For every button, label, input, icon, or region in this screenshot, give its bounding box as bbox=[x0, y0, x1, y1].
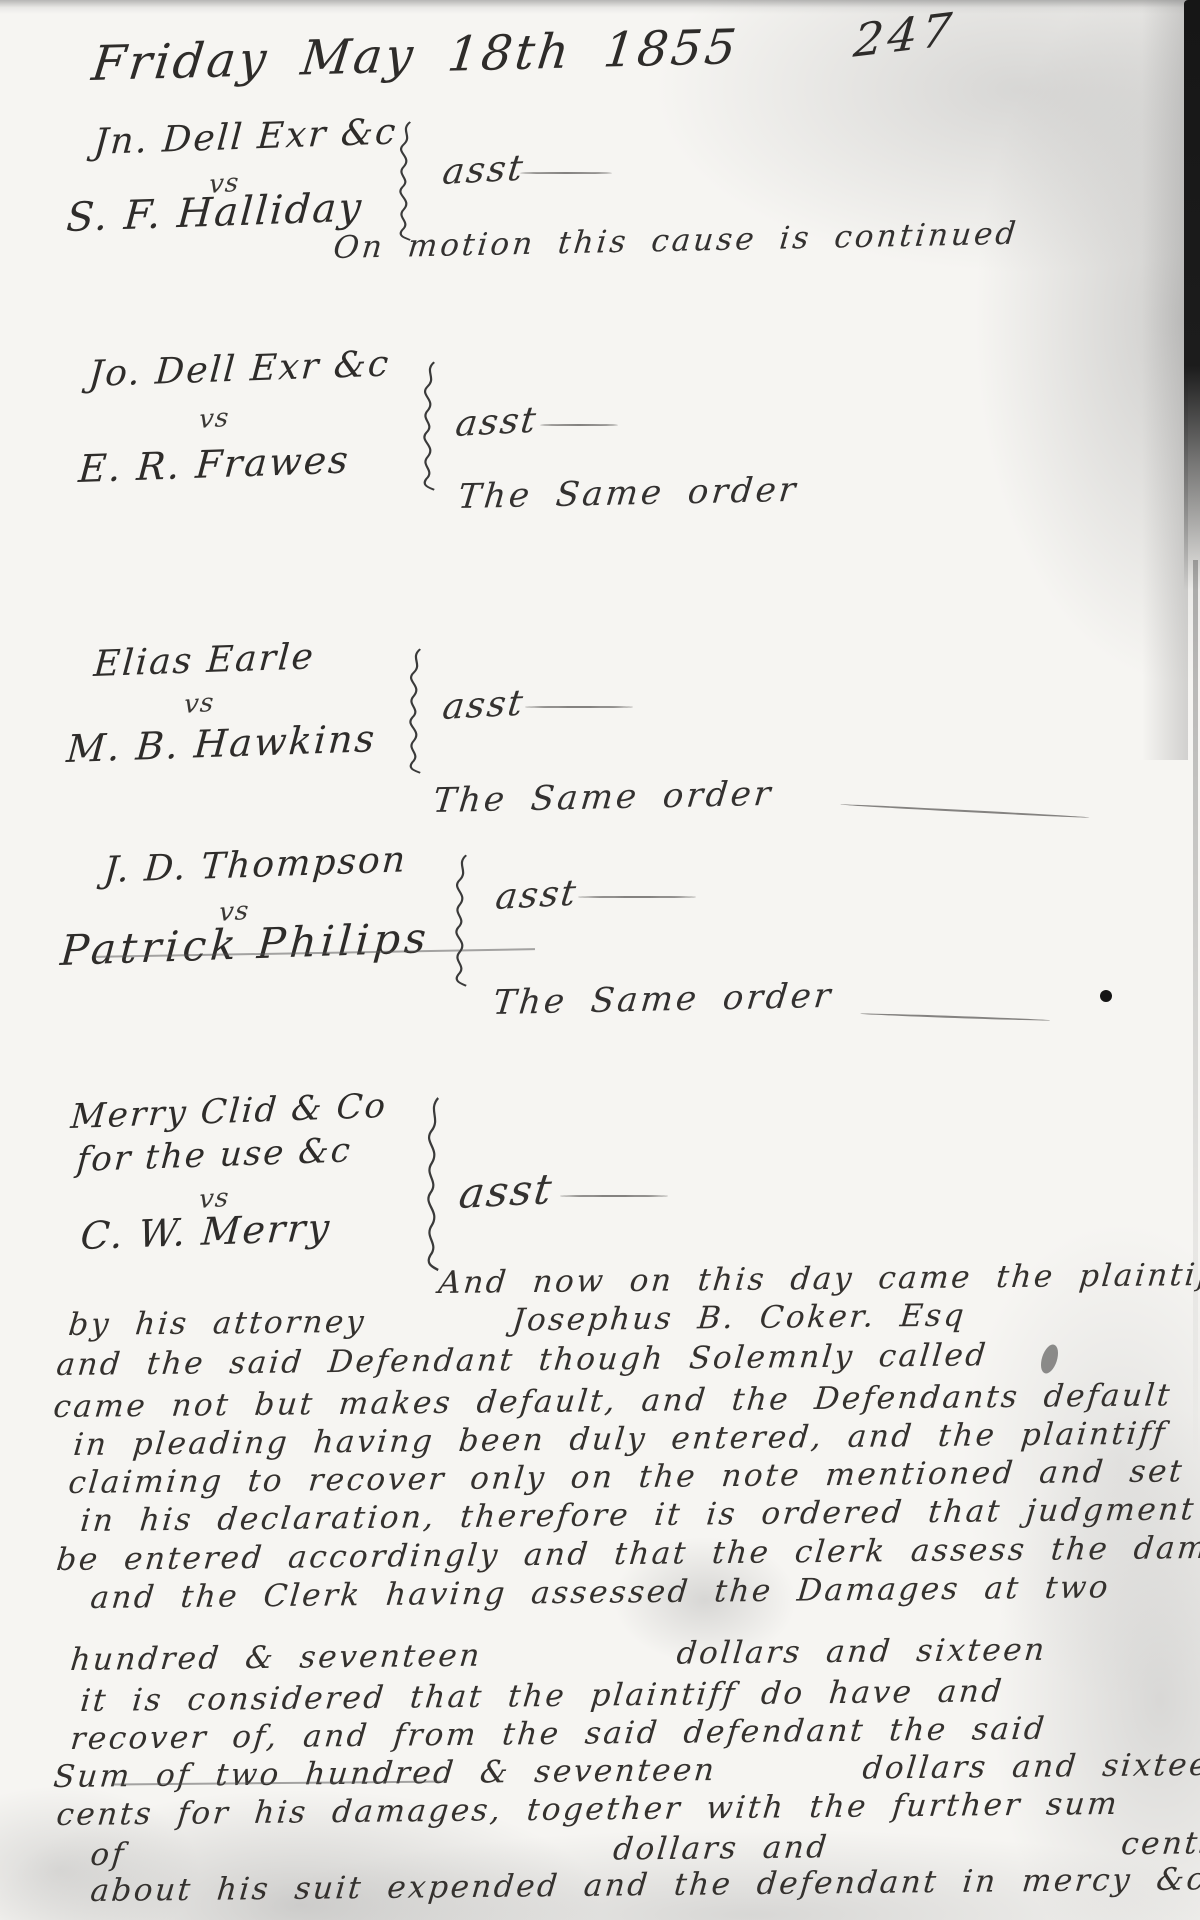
party-plaintiff: Elias Earle bbox=[92, 639, 316, 683]
versus-label: vs bbox=[198, 405, 230, 433]
party-plaintiff: J. D. Thompson bbox=[102, 842, 408, 889]
scan-right-edge-line bbox=[1193, 560, 1198, 1460]
party-defendant: E. R. Frawes bbox=[77, 441, 351, 488]
judgment-line: in his declaration, therefore it is orde… bbox=[79, 1494, 1197, 1537]
scan-right-gutter-shade bbox=[1142, 0, 1188, 760]
case-type-annotation: asst bbox=[454, 403, 540, 443]
party-defendant: Patrick Philips bbox=[59, 917, 431, 972]
party-defendant: C. W. Merry bbox=[79, 1208, 332, 1255]
case-brace bbox=[420, 1095, 446, 1273]
party-plaintiff: Merry Clid & Co bbox=[70, 1089, 389, 1134]
pen-flourish bbox=[525, 706, 633, 708]
party-defendant: S. F. Halliday bbox=[65, 188, 364, 238]
judgment-line: And now on this day came the plaintiff bbox=[437, 1260, 1200, 1299]
pen-flourish bbox=[578, 896, 696, 898]
case-brace bbox=[416, 360, 442, 492]
scan-right-edge-strip bbox=[1184, 0, 1200, 590]
judgment-line: and the said Defendant though Solemnly c… bbox=[55, 1340, 989, 1381]
case-brace bbox=[392, 120, 418, 242]
pen-flourish bbox=[840, 803, 1090, 818]
pen-flourish bbox=[560, 1195, 668, 1197]
case-type-annotation: asst bbox=[494, 876, 580, 916]
judgment-line: hundred & seventeen dollars and sixteen … bbox=[69, 1630, 1200, 1676]
versus-label: vs bbox=[183, 690, 215, 718]
order-text: The Same order bbox=[457, 473, 800, 514]
document-page: Friday May 18th 1855 247 Jn. Dell Exr &c… bbox=[0, 0, 1200, 1920]
judgment-line: about his suit expended and the defendan… bbox=[89, 1864, 1200, 1907]
pen-flourish bbox=[860, 1013, 1050, 1022]
case-brace bbox=[402, 647, 428, 775]
ink-dot bbox=[1100, 990, 1112, 1002]
page-number: 247 bbox=[852, 6, 958, 64]
case-type-annotation: asst bbox=[457, 1168, 556, 1215]
party-plaintiff: Jo. Dell Exr &c bbox=[87, 347, 391, 393]
party-plaintiff: Jn. Dell Exr &c bbox=[92, 114, 398, 161]
ink-smudge bbox=[1038, 1342, 1062, 1375]
judgment-line: cents for his damages, together with the… bbox=[55, 1789, 1120, 1831]
judgment-line: and the Clerk having assessed the Damage… bbox=[89, 1572, 1111, 1614]
case-type-annotation: asst bbox=[441, 686, 527, 726]
order-text: The Same order bbox=[492, 979, 835, 1020]
scan-top-edge-band bbox=[0, 0, 1200, 14]
case-type-annotation: asst bbox=[441, 151, 527, 191]
party-plaintiff-line2: for the use &c bbox=[76, 1133, 353, 1177]
pen-flourish bbox=[520, 172, 612, 174]
pen-flourish bbox=[540, 424, 618, 426]
date-heading: Friday May 18th 1855 bbox=[90, 23, 742, 88]
judgment-line: it is considered that the plaintiff do h… bbox=[79, 1676, 1005, 1717]
judgment-line: by his attorney Josephus B. Coker. Esq bbox=[67, 1301, 967, 1341]
party-defendant: M. B. Hawkins bbox=[65, 719, 377, 768]
case-brace bbox=[448, 853, 474, 988]
order-text: The Same order bbox=[432, 777, 775, 818]
order-text: On motion this cause is continued bbox=[332, 219, 1020, 264]
judgment-line: recover of, and from the said defendant … bbox=[69, 1714, 1048, 1755]
